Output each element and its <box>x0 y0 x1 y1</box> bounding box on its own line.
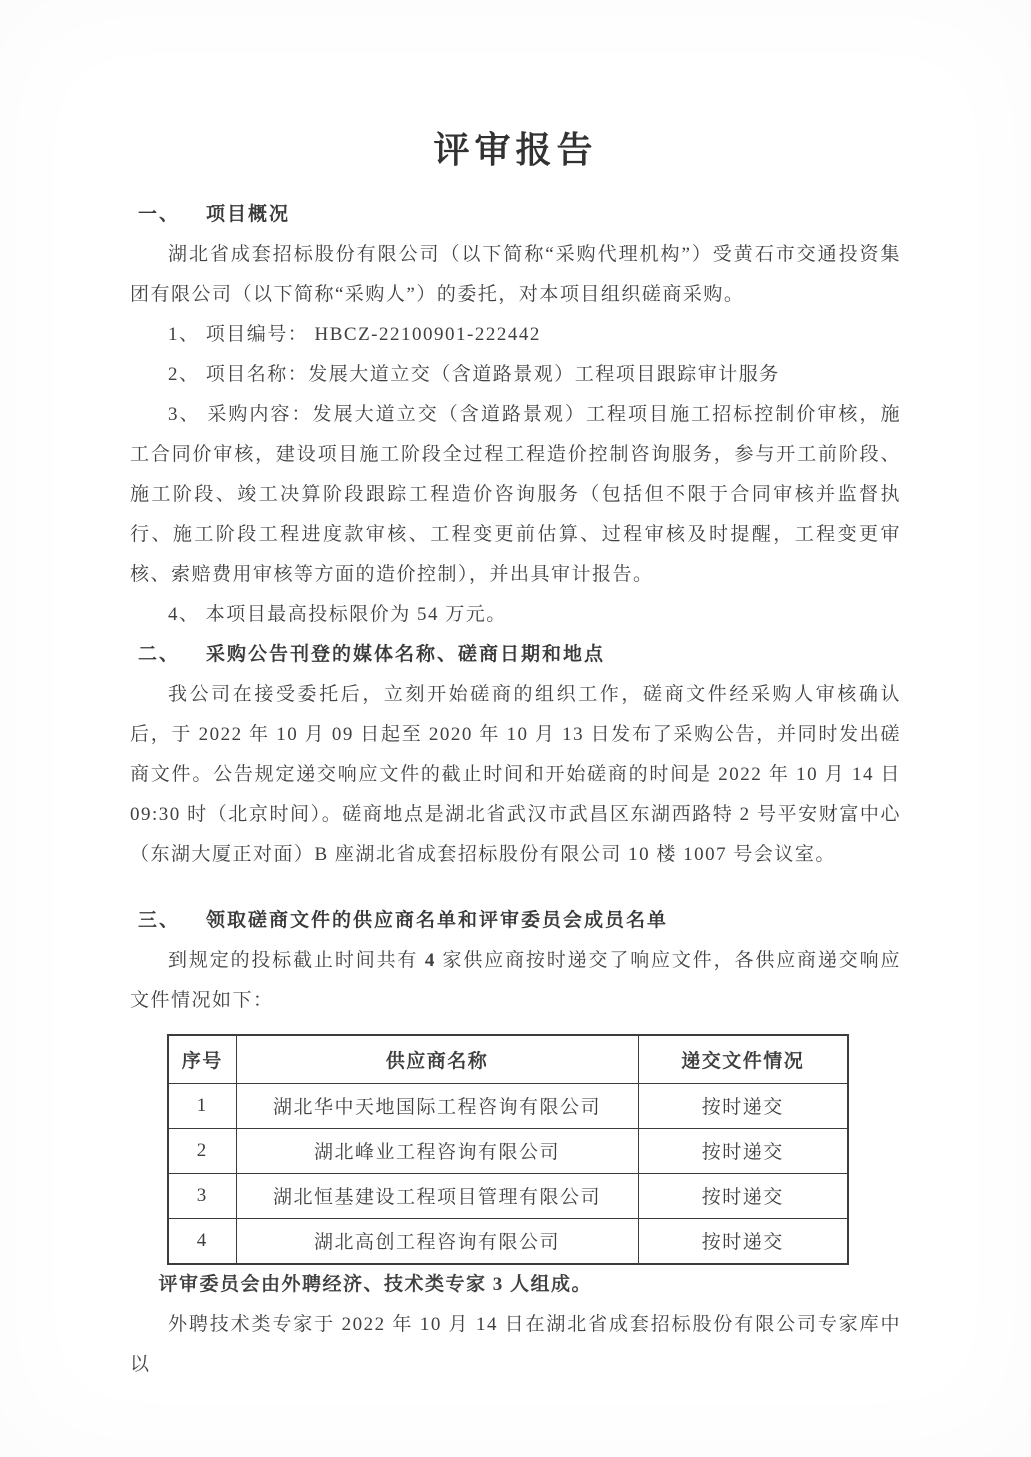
document-page: 评审报告 一、 项目概况 湖北省成套招标股份有限公司（以下简称“采购代理机构”）… <box>0 0 1031 1385</box>
cell-supplier-name: 湖北高创工程咨询有限公司 <box>236 1218 638 1264</box>
suppliers-table: 序号 供应商名称 递交文件情况 1 湖北华中天地国际工程咨询有限公司 按时递交 … <box>167 1034 849 1265</box>
section3-intro-prefix: 到规定的投标截止时间共有 <box>168 950 425 971</box>
section1-item-1: 1、 项目编号： HBCZ-22100901-222442 <box>130 315 901 355</box>
cell-submission-status: 按时递交 <box>638 1083 848 1128</box>
section1-item-3: 3、 采购内容：发展大道立交（含道路景观）工程项目施工招标控制价审核，施工合同价… <box>130 395 901 595</box>
section2-heading: 二、 采购公告刊登的媒体名称、磋商日期和地点 <box>130 635 901 675</box>
cell-submission-status: 按时递交 <box>638 1128 848 1173</box>
cell-index: 3 <box>168 1173 236 1218</box>
table-header-row: 序号 供应商名称 递交文件情况 <box>168 1035 848 1084</box>
section3-heading: 三、 领取磋商文件的供应商名单和评审委员会成员名单 <box>130 901 901 941</box>
cell-submission-status: 按时递交 <box>638 1218 848 1264</box>
section1-number: 一、 <box>138 195 180 235</box>
section1-intro-paragraph: 湖北省成套招标股份有限公司（以下简称“采购代理机构”）受黄石市交通投资集团有限公… <box>130 235 901 315</box>
section3-heading-label: 领取磋商文件的供应商名单和评审委员会成员名单 <box>206 901 668 941</box>
section3-intro-paragraph: 到规定的投标截止时间共有 4 家供应商按时递交了响应文件，各供应商递交响应文件情… <box>130 941 901 1021</box>
section2-paragraph: 我公司在接受委托后，立刻开始磋商的组织工作，磋商文件经采购人审核确认后，于 20… <box>130 675 901 875</box>
section1-item-4: 4、 本项目最高投标限价为 54 万元。 <box>130 595 901 635</box>
expert-selection-note: 外聘技术类专家于 2022 年 10 月 14 日在湖北省成套招标股份有限公司专… <box>130 1305 901 1385</box>
cell-index: 2 <box>168 1128 236 1173</box>
section3-supplier-count: 4 <box>425 950 436 971</box>
table-header-index: 序号 <box>168 1035 236 1084</box>
cell-supplier-name: 湖北峰业工程咨询有限公司 <box>236 1128 638 1173</box>
section2-heading-label: 采购公告刊登的媒体名称、磋商日期和地点 <box>206 635 605 675</box>
section1-heading: 一、 项目概况 <box>130 195 901 235</box>
cell-index: 1 <box>168 1083 236 1128</box>
section3-number: 三、 <box>138 901 180 941</box>
cell-supplier-name: 湖北恒基建设工程项目管理有限公司 <box>236 1173 638 1218</box>
table-row: 4 湖北高创工程咨询有限公司 按时递交 <box>168 1218 848 1264</box>
table-row: 2 湖北峰业工程咨询有限公司 按时递交 <box>168 1128 848 1173</box>
table-row: 1 湖北华中天地国际工程咨询有限公司 按时递交 <box>168 1083 848 1128</box>
table-header-submission-status: 递交文件情况 <box>638 1035 848 1084</box>
page-title: 评审报告 <box>130 126 901 175</box>
cell-index: 4 <box>168 1218 236 1264</box>
cell-submission-status: 按时递交 <box>638 1173 848 1218</box>
scanned-document-sheet: 评审报告 一、 项目概况 湖北省成套招标股份有限公司（以下简称“采购代理机构”）… <box>0 0 1031 1457</box>
committee-note: 评审委员会由外聘经济、技术类专家 3 人组成。 <box>130 1265 901 1305</box>
section1-item-2: 2、 项目名称：发展大道立交（含道路景观）工程项目跟踪审计服务 <box>130 355 901 395</box>
section2-number: 二、 <box>138 635 180 675</box>
section1-heading-label: 项目概况 <box>206 195 290 235</box>
table-header-supplier-name: 供应商名称 <box>236 1035 638 1084</box>
cell-supplier-name: 湖北华中天地国际工程咨询有限公司 <box>236 1083 638 1128</box>
table-row: 3 湖北恒基建设工程项目管理有限公司 按时递交 <box>168 1173 848 1218</box>
